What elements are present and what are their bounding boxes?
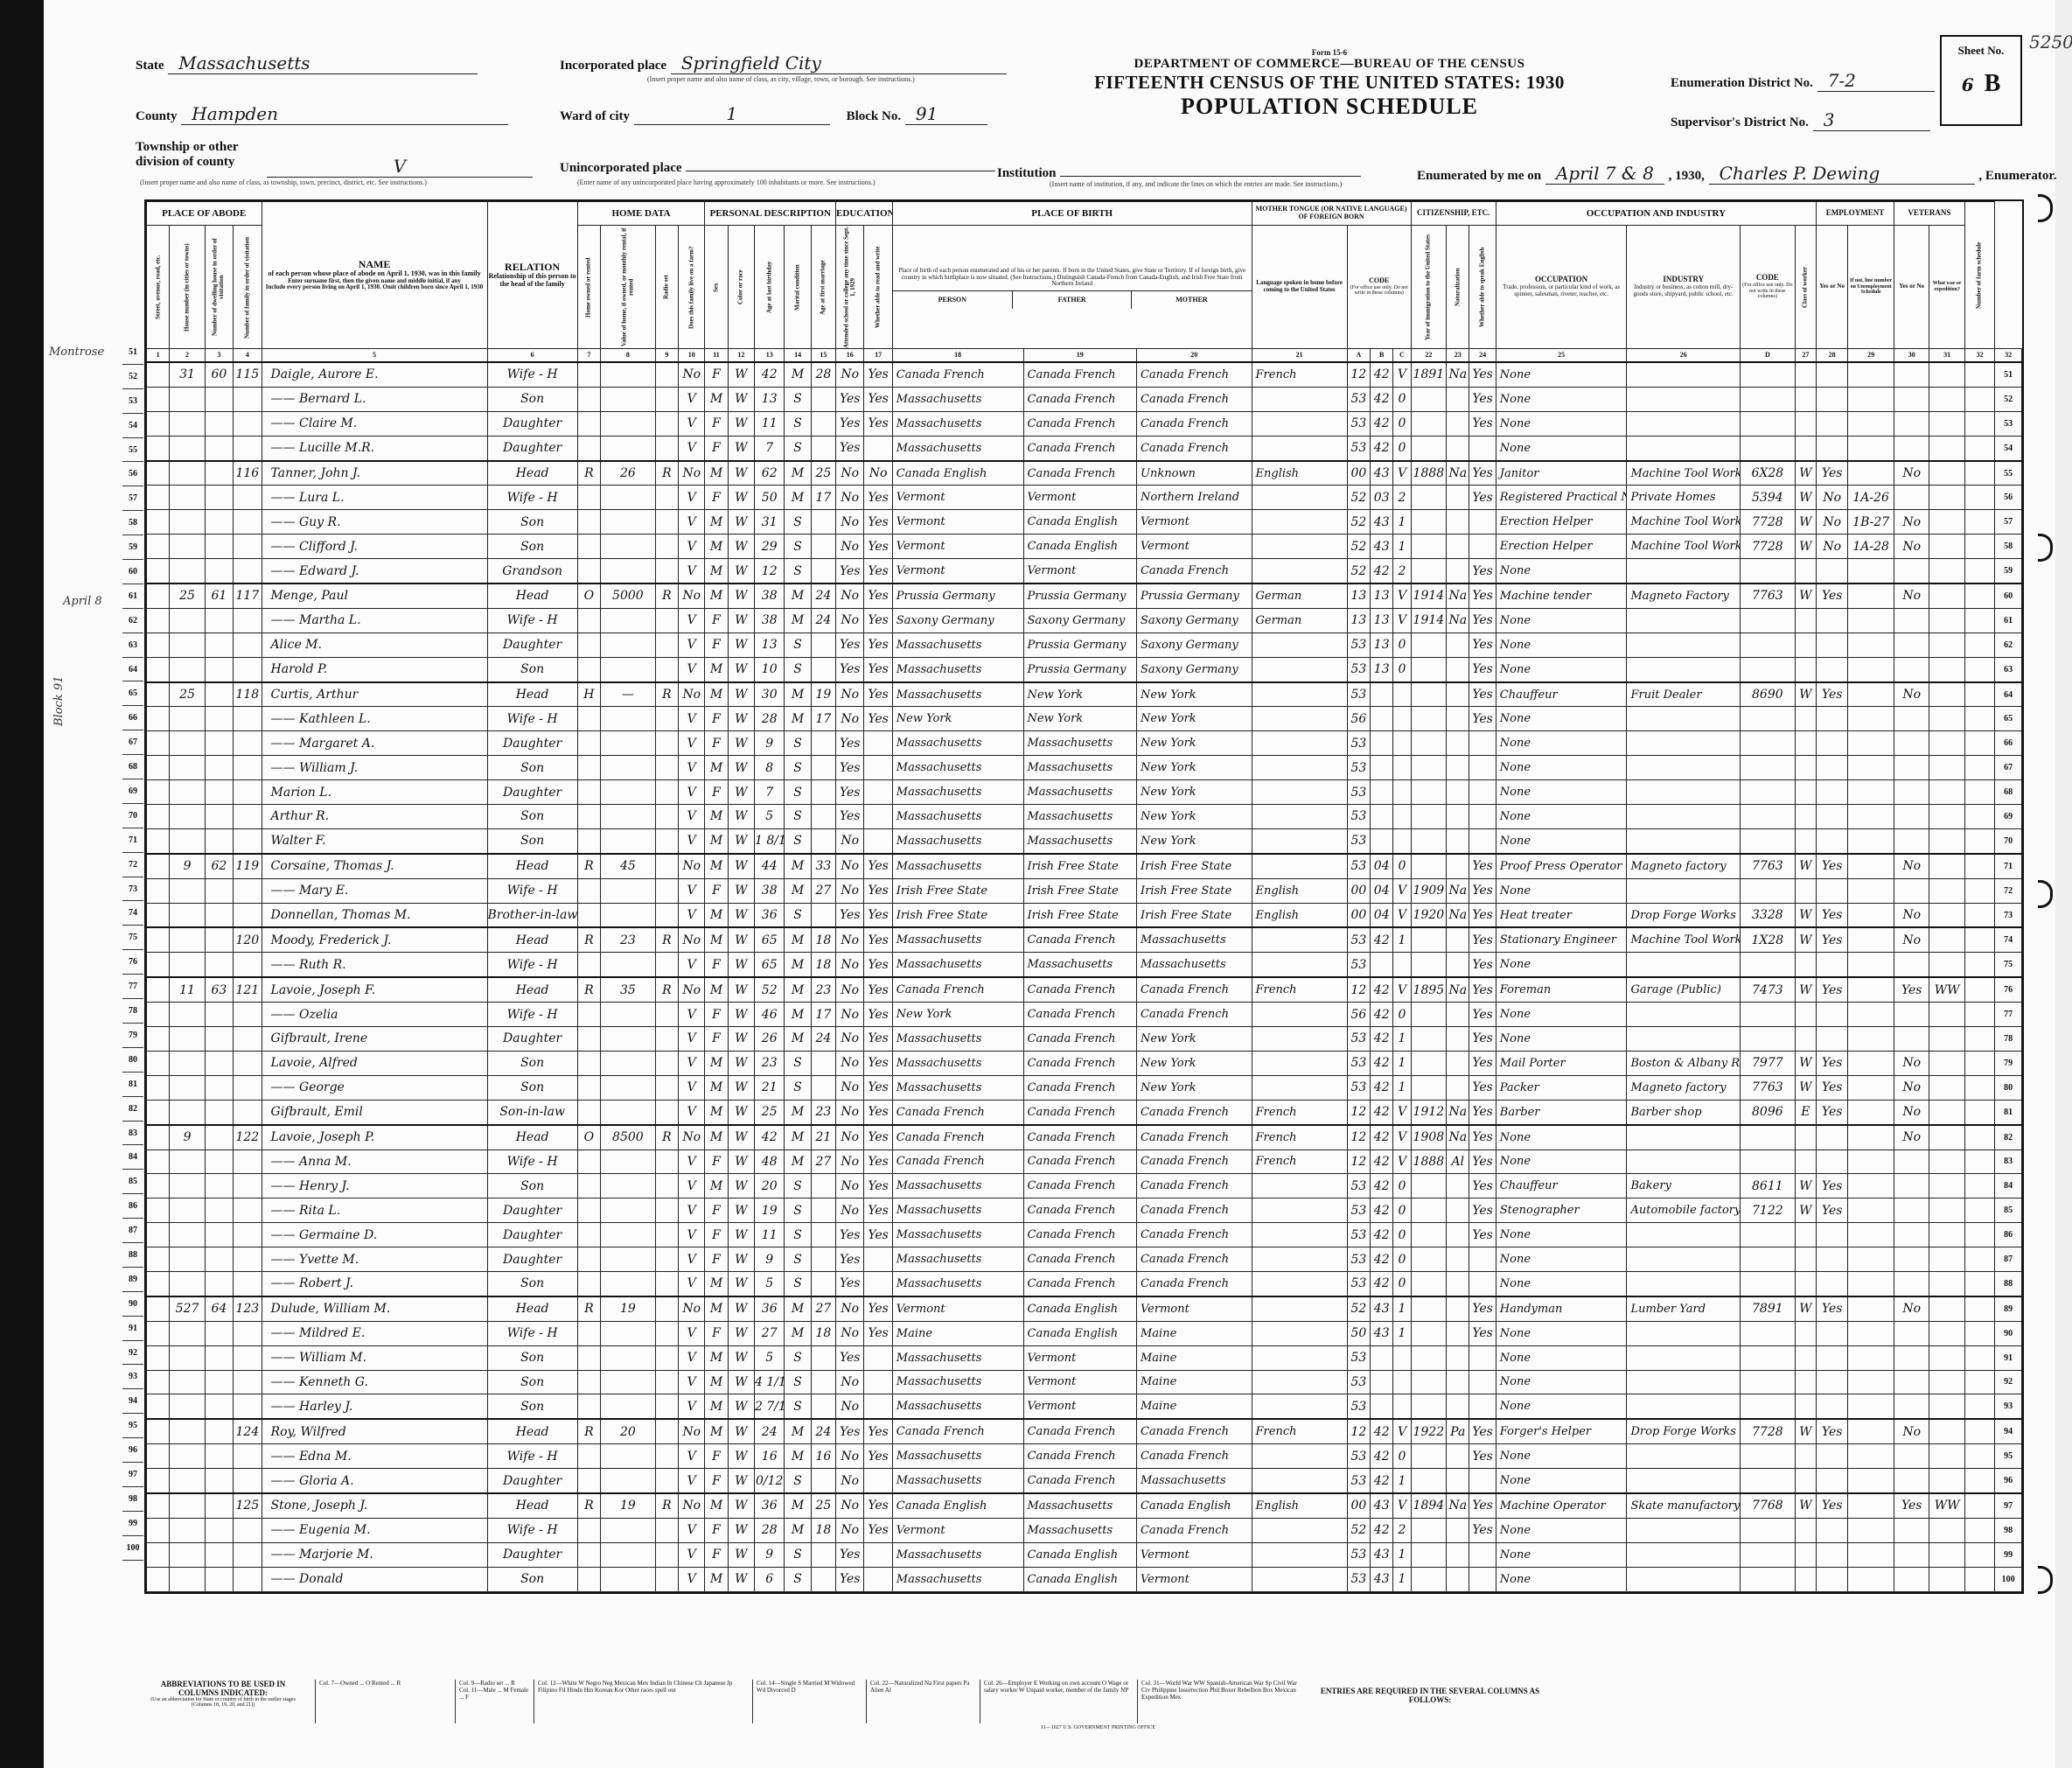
table-row: —— DonaldSonVMW6SYesMassachusettsCanada … [147, 1567, 2022, 1591]
cell-industry [1627, 1469, 1740, 1493]
cell-birth: Massachusetts [892, 1198, 1023, 1223]
cell-immig: 1920 [1411, 903, 1446, 927]
cell-value [601, 387, 656, 411]
cell-name: —— Lucille M.R. [262, 436, 487, 460]
cell-lang [1252, 510, 1347, 535]
cell-birth: Canada French [892, 1100, 1023, 1124]
cell-tenure [577, 805, 600, 829]
cell-industry [1627, 436, 1740, 460]
cell-age: 50 [755, 486, 785, 510]
table-row: —— Kathleen L.Wife - HVFW28M17NoYesNew Y… [147, 707, 2022, 731]
cell-immig: 1894 [1411, 1493, 1446, 1518]
cell-cb: 03 [1371, 486, 1393, 510]
cell-cc: V [1393, 461, 1411, 486]
cell-age: 28 [755, 707, 785, 731]
cell-farmsch [1964, 854, 1994, 878]
cell-cb: 13 [1371, 632, 1393, 657]
cell-farmsch [1964, 461, 1994, 486]
cell-agemar: 18 [811, 927, 835, 952]
cell-sex: M [705, 1075, 728, 1100]
cell-dwelling [205, 1271, 233, 1296]
cell-age: 7 [755, 780, 785, 805]
cell-sex: M [705, 387, 728, 411]
cell-natur: Na [1447, 1493, 1469, 1518]
unincorporated-field: Unincorporated place [560, 159, 995, 176]
cell-vet [1894, 1003, 1929, 1027]
cell-industry [1627, 780, 1740, 805]
cell-natur [1447, 411, 1469, 436]
cell-school: Yes [836, 559, 864, 584]
cell-street [147, 1100, 170, 1124]
cell-ca: 00 [1347, 878, 1370, 903]
cell-birth: Canada French [892, 1419, 1023, 1443]
cell-farm: V [679, 387, 705, 411]
cell-vet [1894, 707, 1929, 731]
cell-relation: Son [487, 535, 577, 559]
cell-sex: F [705, 1003, 728, 1027]
cell-cls: W [1795, 510, 1816, 535]
cell-house [170, 1198, 205, 1223]
cell-tenure [577, 1567, 600, 1591]
cell-house [170, 878, 205, 903]
header-war: What war or expedition? [1929, 226, 1964, 349]
cell-lang [1252, 854, 1347, 878]
cell-english: Yes [1469, 1100, 1496, 1124]
cell-cls: W [1795, 1493, 1816, 1518]
cell-dwelling [205, 461, 233, 486]
cell-race: W [728, 1223, 754, 1247]
cell-agemar [811, 657, 835, 681]
cell-lang: German [1252, 608, 1347, 632]
header-farm: Does this family live on a farm? [679, 226, 705, 349]
cell-birth: Massachusetts [892, 1271, 1023, 1296]
cell-farm: V [679, 608, 705, 632]
cell-unemp [1848, 387, 1894, 411]
cell-emp [1816, 1567, 1847, 1591]
cell-cc: 0 [1393, 657, 1411, 681]
cell-farm: V [679, 1518, 705, 1542]
cell-immig [1411, 436, 1446, 460]
cell-english: Yes [1469, 682, 1496, 707]
cell-street [147, 1150, 170, 1174]
line-number: 97 [1995, 1493, 2022, 1518]
cell-ca: 13 [1347, 608, 1370, 632]
cell-immig: 1888 [1411, 1150, 1446, 1174]
cell-value [601, 1075, 656, 1100]
cell-natur [1447, 1370, 1469, 1394]
table-row: 3160115Daigle, Aurore E.Wife - HNoFW42M2… [147, 362, 2022, 387]
cell-father: Irish Free State [1023, 903, 1136, 927]
cell-street [147, 1003, 170, 1027]
cell-farmsch [1964, 1100, 1994, 1124]
cell-farmsch [1964, 1345, 1994, 1370]
cell-farmsch [1964, 756, 1994, 780]
sheet-number: 6 [1962, 74, 1974, 95]
cell-dwelling [205, 632, 233, 657]
cell-race: W [728, 1469, 754, 1493]
cell-age: 62 [755, 461, 785, 486]
cell-relation: Head [487, 682, 577, 707]
cell-father: Massachusetts [1023, 828, 1136, 853]
cell-farm: No [679, 977, 705, 1002]
cell-house [170, 1469, 205, 1493]
cell-unemp [1848, 1075, 1894, 1100]
cell-tenure: O [577, 1125, 600, 1150]
schedule-title: POPULATION SCHEDULE [1032, 94, 1627, 120]
cell-read [864, 756, 892, 780]
cell-age: 27 [755, 1321, 785, 1345]
cell-cc: V [1393, 878, 1411, 903]
header-race: Color or race [728, 226, 754, 349]
cell-family: 121 [234, 977, 262, 1002]
cell-english [1469, 1469, 1496, 1493]
cell-farmsch [1964, 411, 1994, 436]
cell-code: 7728 [1740, 535, 1795, 559]
cell-code: 7728 [1740, 510, 1795, 535]
cell-dwelling [205, 436, 233, 460]
cell-name: —— Margaret A. [262, 731, 487, 756]
cell-farmsch [1964, 1125, 1994, 1150]
cell-farm: V [679, 1027, 705, 1052]
cell-occupation: None [1496, 1247, 1627, 1272]
cell-cb: 43 [1371, 510, 1393, 535]
cell-cb: 13 [1371, 584, 1393, 608]
cell-age: 26 [755, 1027, 785, 1052]
cell-english: Yes [1469, 1419, 1496, 1443]
cell-occupation: None [1496, 828, 1627, 853]
cell-cc: 1 [1393, 1469, 1411, 1493]
cell-cls [1795, 387, 1816, 411]
cell-sex: F [705, 1223, 728, 1247]
cell-industry: Magneto factory [1627, 854, 1740, 878]
cell-street [147, 707, 170, 731]
cell-farmsch [1964, 387, 1994, 411]
cell-tenure [577, 1223, 600, 1247]
cell-name: —— Harley J. [262, 1394, 487, 1419]
cell-read [864, 1247, 892, 1272]
cell-name: Marion L. [262, 780, 487, 805]
cell-immig: 1895 [1411, 977, 1446, 1002]
cell-farm: No [679, 1296, 705, 1321]
cell-race: W [728, 632, 754, 657]
cell-race: W [728, 903, 754, 927]
cell-natur: Na [1447, 461, 1469, 486]
cell-read [864, 436, 892, 460]
cell-read [864, 731, 892, 756]
cell-street [147, 1027, 170, 1052]
cell-immig [1411, 707, 1446, 731]
cell-relation: Son [487, 805, 577, 829]
group-employment: EMPLOYMENT [1816, 202, 1894, 226]
cell-street [147, 927, 170, 952]
cell-dwelling [205, 1198, 233, 1223]
cell-house [170, 1223, 205, 1247]
cell-cls [1795, 436, 1816, 460]
header-age-first-marriage: Age at first marriage [811, 226, 835, 349]
cell-war [1929, 1419, 1964, 1443]
cell-code: 7473 [1740, 977, 1795, 1002]
cell-industry: Barber shop [1627, 1100, 1740, 1124]
cell-value [601, 1150, 656, 1174]
cell-mother: New York [1136, 682, 1252, 707]
cell-birth: Vermont [892, 535, 1023, 559]
cell-value [601, 1174, 656, 1198]
cell-immig [1411, 1003, 1446, 1027]
cell-marital: S [785, 1567, 811, 1591]
cell-dwelling [205, 953, 233, 977]
cell-unemp [1848, 1003, 1894, 1027]
abbr-col7: Col. 7—Owned ... O Rented ... R [315, 1680, 450, 1723]
line-number: 75 [1995, 953, 2022, 977]
cell-radio [655, 1518, 678, 1542]
cell-mother: Maine [1136, 1345, 1252, 1370]
cell-value [601, 707, 656, 731]
line-number: 55 [1995, 461, 2022, 486]
cell-age: 13 [755, 632, 785, 657]
cell-ca: 53 [1347, 756, 1370, 780]
cell-emp: Yes [1816, 1051, 1847, 1075]
cell-ca: 53 [1347, 1370, 1370, 1394]
cell-cb [1371, 1394, 1393, 1419]
cell-immig: 1912 [1411, 1100, 1446, 1124]
cell-school: No [836, 535, 864, 559]
cell-english: Yes [1469, 411, 1496, 436]
cell-marital: M [785, 486, 811, 510]
cell-cls: W [1795, 927, 1816, 952]
cell-radio [655, 731, 678, 756]
cell-family [234, 1271, 262, 1296]
cell-sex: F [705, 1444, 728, 1469]
cell-birth: New York [892, 1003, 1023, 1027]
cell-tenure [577, 1370, 600, 1394]
cell-birth: Massachusetts [892, 927, 1023, 952]
cell-sex: M [705, 756, 728, 780]
cell-race: W [728, 953, 754, 977]
cell-street [147, 953, 170, 977]
cell-agemar [811, 411, 835, 436]
cell-radio [655, 707, 678, 731]
cell-unemp [1848, 707, 1894, 731]
incorporated-label: Incorporated place [560, 59, 666, 73]
cell-father: Canada French [1023, 1469, 1136, 1493]
cell-industry: Machine Tool Works [1627, 461, 1740, 486]
cell-farm: No [679, 1419, 705, 1443]
table-row: —— Eugenia M.Wife - HVFW28M18NoYesVermon… [147, 1518, 2022, 1542]
cell-house: 527 [170, 1296, 205, 1321]
cell-tenure [577, 1247, 600, 1272]
margin-note-block: Block 91 [52, 676, 66, 726]
cell-cb: 42 [1371, 1198, 1393, 1223]
cell-cb: 42 [1371, 1223, 1393, 1247]
cell-ca: 53 [1347, 1075, 1370, 1100]
line-number: 53 [1995, 411, 2022, 436]
cell-unemp [1848, 1370, 1894, 1394]
cell-sex: M [705, 510, 728, 535]
cell-war [1929, 1075, 1964, 1100]
cell-cb: 42 [1371, 387, 1393, 411]
cell-school: No [836, 927, 864, 952]
cell-occupation: None [1496, 780, 1627, 805]
line-number: 62 [1995, 632, 2022, 657]
cell-vet [1894, 1394, 1929, 1419]
cell-code [1740, 1469, 1795, 1493]
cell-read: Yes [864, 1198, 892, 1223]
cell-farmsch [1964, 903, 1994, 927]
cell-race: W [728, 1051, 754, 1075]
cell-code [1740, 1518, 1795, 1542]
cell-race: W [728, 707, 754, 731]
cell-house [170, 707, 205, 731]
cell-cls [1795, 1567, 1816, 1591]
cell-ca: 53 [1347, 1444, 1370, 1469]
cell-father: New York [1023, 707, 1136, 731]
cell-natur [1447, 805, 1469, 829]
cell-occupation: Chauffeur [1496, 1174, 1627, 1198]
header-name: NAME of each person whose place of abode… [262, 202, 487, 349]
cell-agemar: 17 [811, 486, 835, 510]
cell-lang [1252, 731, 1347, 756]
cell-relation: Daughter [487, 436, 577, 460]
header-tenure: Home owned or rented [577, 226, 600, 349]
township-note: (Insert proper name and also name of cla… [140, 178, 427, 186]
cell-father: Canada French [1023, 387, 1136, 411]
cell-age: 52 [755, 977, 785, 1002]
cell-industry [1627, 731, 1740, 756]
cell-code: 7763 [1740, 854, 1795, 878]
cell-cls: W [1795, 1051, 1816, 1075]
cell-value [601, 1469, 656, 1493]
cell-birth: Maine [892, 1321, 1023, 1345]
cell-name: —— Mildred E. [262, 1321, 487, 1345]
cell-farm: No [679, 584, 705, 608]
cell-farm: V [679, 953, 705, 977]
cell-code [1740, 657, 1795, 681]
cell-mother: Vermont [1136, 1542, 1252, 1567]
cell-english [1469, 780, 1496, 805]
cell-ca: 53 [1347, 1174, 1370, 1198]
table-row: 125Stone, Joseph J.HeadR19RNoMW36M25NoYe… [147, 1493, 2022, 1518]
cell-name: —— Eugenia M. [262, 1518, 487, 1542]
cell-street [147, 854, 170, 878]
cell-cc [1393, 953, 1411, 977]
cell-father: Prussia Germany [1023, 657, 1136, 681]
cell-family [234, 1444, 262, 1469]
cell-lang: English [1252, 903, 1347, 927]
cell-english: Yes [1469, 1150, 1496, 1174]
cell-family [234, 387, 262, 411]
header-dwelling: Number of dwelling house in order of vis… [205, 226, 233, 349]
cell-cc: 1 [1393, 927, 1411, 952]
cell-cb [1371, 805, 1393, 829]
cell-occupation: None [1496, 1150, 1627, 1174]
cell-read: Yes [864, 977, 892, 1002]
cell-street [147, 805, 170, 829]
cell-unemp [1848, 1027, 1894, 1052]
cell-natur [1447, 1296, 1469, 1321]
header-street: Street, avenue, road, etc. [147, 226, 170, 349]
cell-industry [1627, 707, 1740, 731]
cell-race: W [728, 362, 754, 387]
cell-father: Canada French [1023, 1247, 1136, 1272]
table-row: —— Kenneth G.SonVMW4 1/12SNoMassachusett… [147, 1370, 2022, 1394]
cell-birth: Massachusetts [892, 1542, 1023, 1567]
cell-school: Yes [836, 411, 864, 436]
header-marital: Marital condition [785, 226, 811, 349]
cell-farm: V [679, 1174, 705, 1198]
cell-cb [1371, 707, 1393, 731]
cell-race: W [728, 1271, 754, 1296]
cell-house [170, 608, 205, 632]
cell-father: Vermont [1023, 1345, 1136, 1370]
abbr-col12: Col. 12—White W Negro Neg Mexican Mex In… [534, 1680, 748, 1723]
line-number: 61 [1995, 608, 2022, 632]
cell-immig: 1908 [1411, 1125, 1446, 1150]
cell-farm: V [679, 1198, 705, 1223]
margin-note-april: April 8 [63, 595, 102, 608]
cell-tenure: R [577, 1493, 600, 1518]
cell-natur: Na [1447, 977, 1469, 1002]
cell-dwelling: 62 [205, 854, 233, 878]
cell-natur [1447, 828, 1469, 853]
header-industry: INDUSTRY Industry or business, as cotton… [1627, 226, 1740, 349]
cell-dwelling [205, 731, 233, 756]
cell-code: 6X28 [1740, 461, 1795, 486]
cell-sex: M [705, 854, 728, 878]
cell-marital: S [785, 1223, 811, 1247]
cell-ca: 53 [1347, 1469, 1370, 1493]
cell-mother: Vermont [1136, 510, 1252, 535]
cell-age: 36 [755, 903, 785, 927]
line-number: 81 [1995, 1100, 2022, 1124]
cell-industry: Private Homes [1627, 486, 1740, 510]
cell-street [147, 436, 170, 460]
cell-immig [1411, 1321, 1446, 1345]
cell-occupation: None [1496, 362, 1627, 387]
cell-english: Yes [1469, 362, 1496, 387]
cell-lang: English [1252, 461, 1347, 486]
cell-farm: V [679, 780, 705, 805]
census-title: FIFTEENTH CENSUS OF THE UNITED STATES: 1… [1032, 72, 1627, 94]
cell-lang [1252, 632, 1347, 657]
cell-name: —— Guy R. [262, 510, 487, 535]
cell-agemar [811, 780, 835, 805]
cell-school: No [836, 682, 864, 707]
cell-lang [1252, 1051, 1347, 1075]
cell-family [234, 1321, 262, 1345]
cell-father: Prussia Germany [1023, 584, 1136, 608]
cell-father: Massachusetts [1023, 756, 1136, 780]
cell-unemp [1848, 632, 1894, 657]
cell-mother: Saxony Germany [1136, 657, 1252, 681]
cell-relation: Head [487, 584, 577, 608]
cell-cls [1795, 608, 1816, 632]
cell-tenure [577, 731, 600, 756]
cell-relation: Son [487, 1051, 577, 1075]
cell-marital: S [785, 436, 811, 460]
cell-tenure [577, 953, 600, 977]
cell-read: Yes [864, 707, 892, 731]
cell-cb: 42 [1371, 927, 1393, 952]
cell-lang: French [1252, 362, 1347, 387]
group-education: EDUCATION [836, 202, 893, 226]
cell-race: W [728, 1150, 754, 1174]
cell-immig [1411, 1075, 1446, 1100]
cell-value: — [601, 682, 656, 707]
cell-school: No [836, 1027, 864, 1052]
cell-marital: M [785, 1027, 811, 1052]
cell-mother: Canada French [1136, 1518, 1252, 1542]
institution-value [1060, 176, 1361, 177]
